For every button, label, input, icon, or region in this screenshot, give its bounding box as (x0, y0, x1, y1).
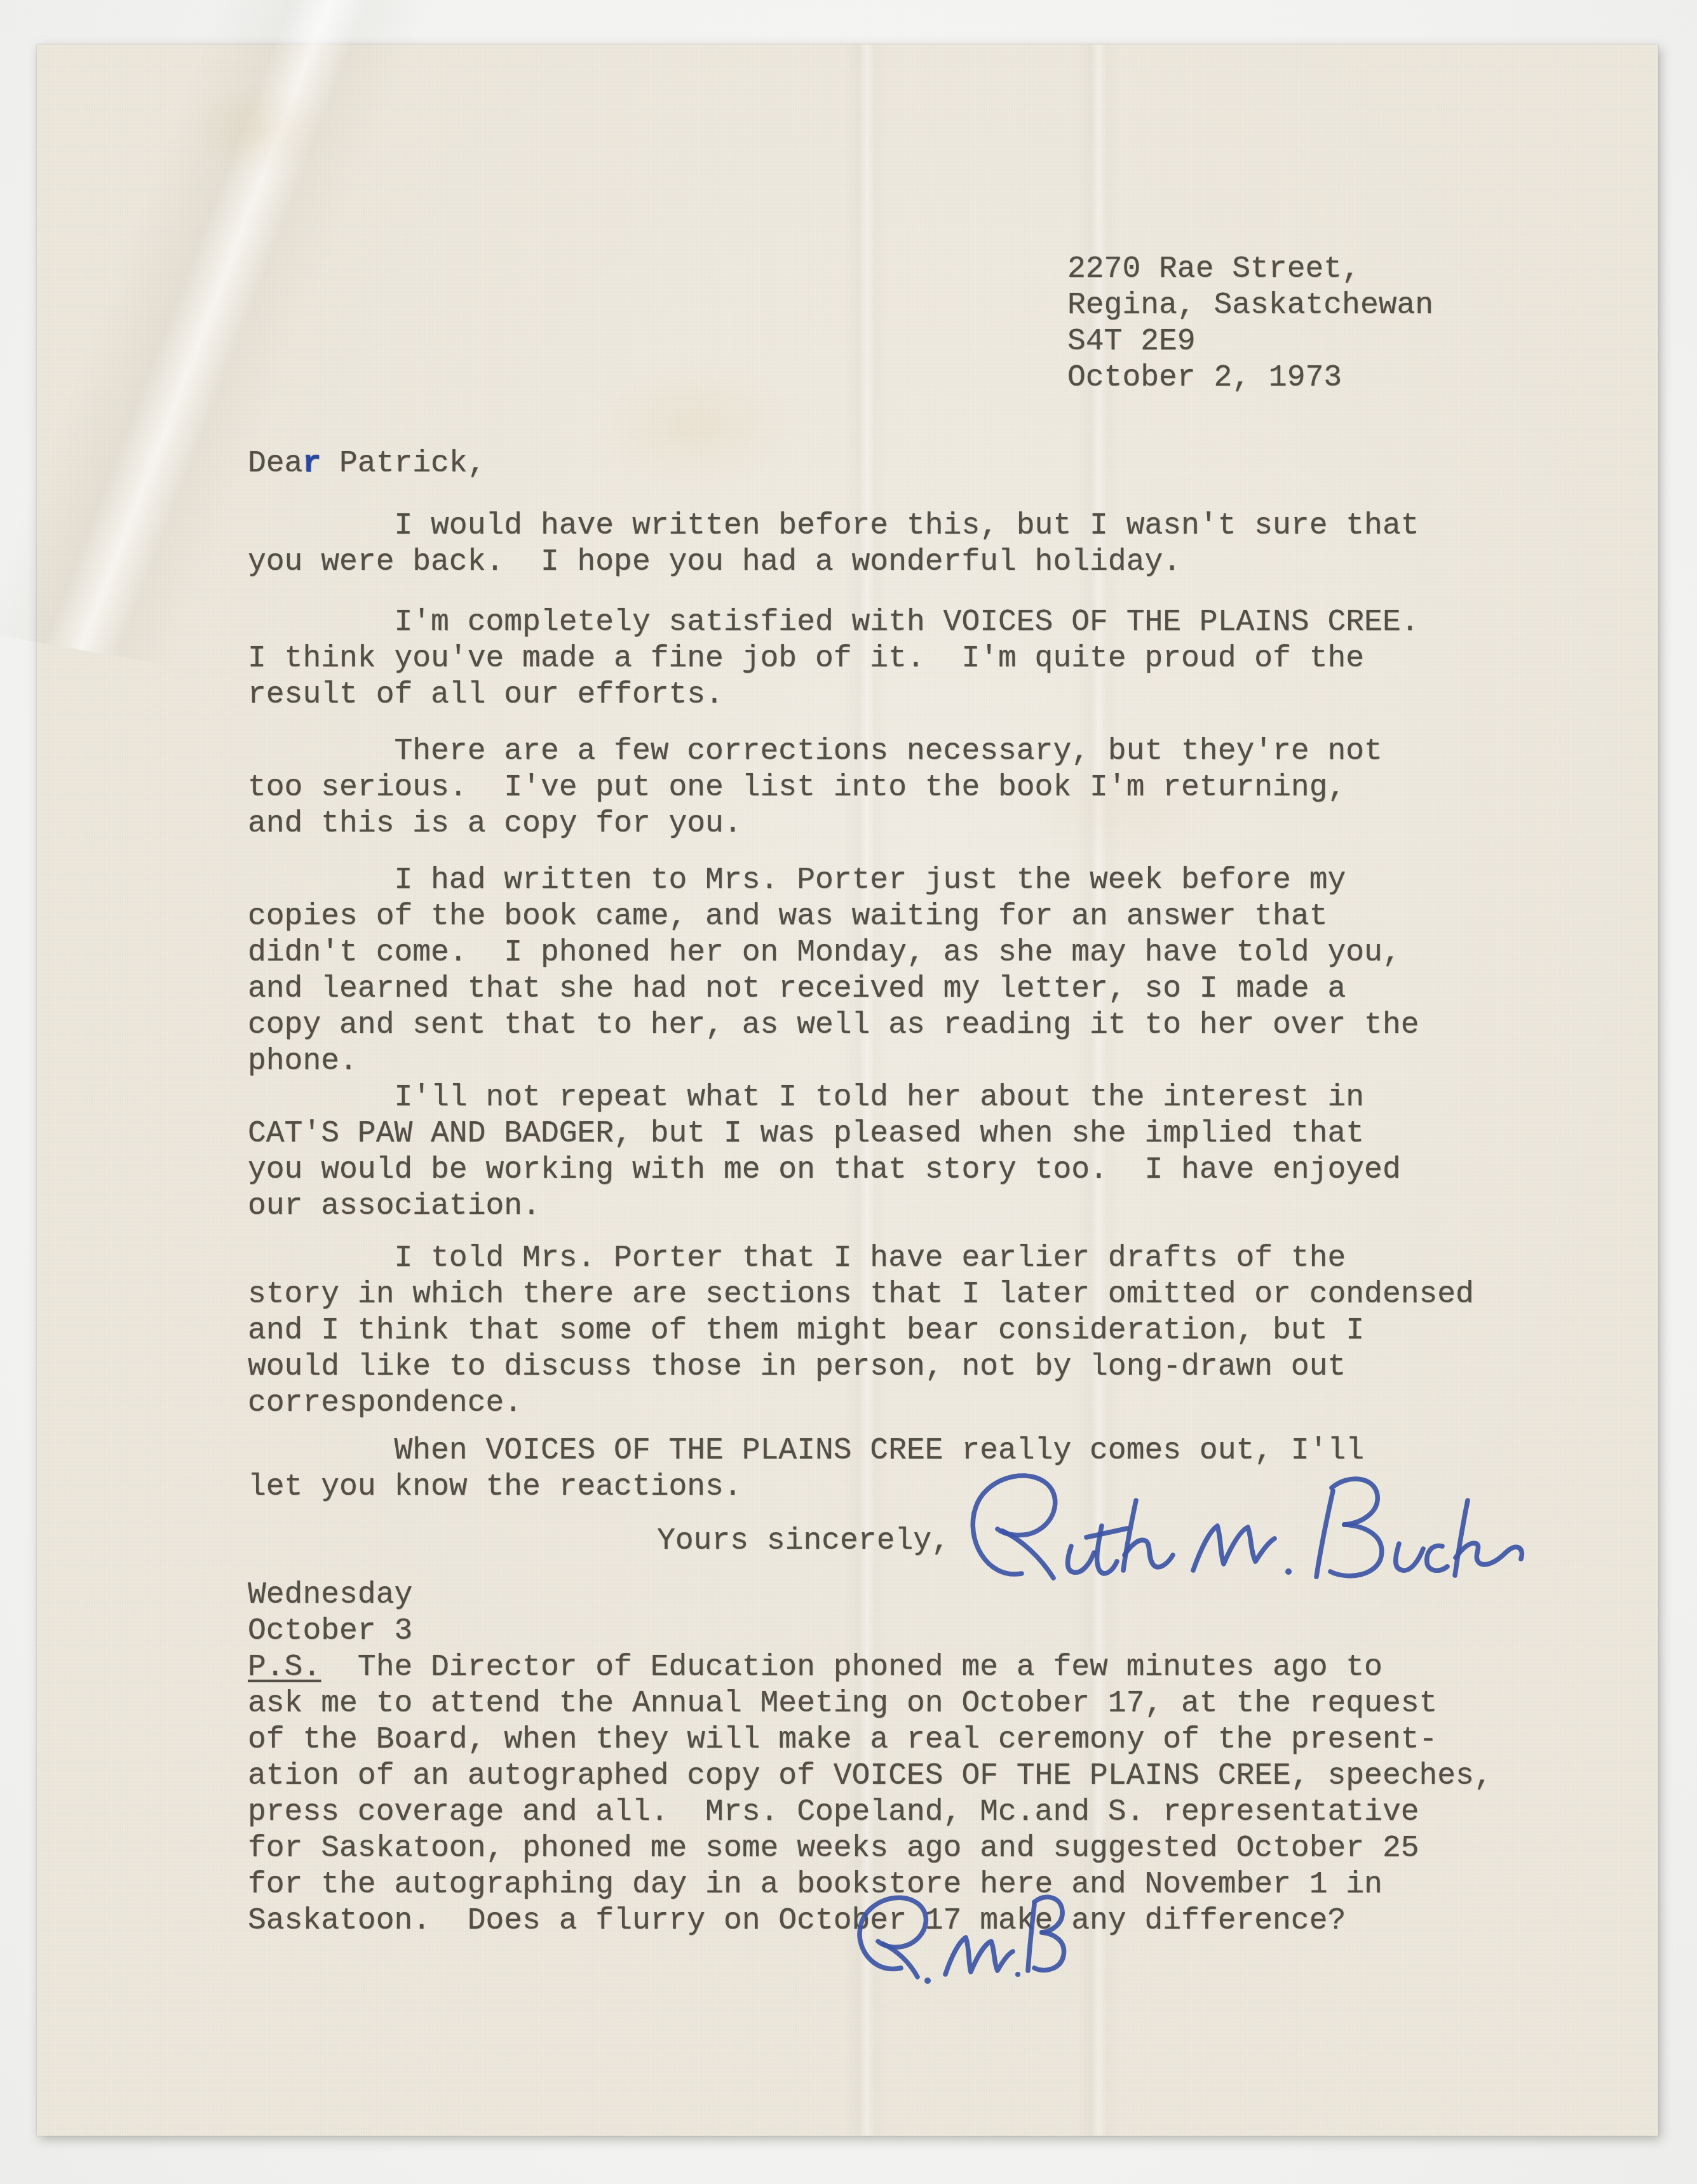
scanned-letter-background: { "letter": { "sender_address": "2270 Ra… (0, 0, 1697, 2184)
salutation: Dear Patrick, (248, 446, 485, 482)
letter-paragraph: I told Mrs. Porter that I have earlier d… (248, 1241, 1474, 1422)
fold-crease-top-left (0, 0, 463, 696)
closing-line: Yours sincerely, (657, 1523, 950, 1560)
salutation-suffix: Patrick, (321, 447, 485, 481)
paper-stain (189, 83, 329, 178)
initials-r-m-b (825, 1885, 1092, 1997)
signature-ruth-m-buck (926, 1462, 1530, 1599)
letter-page: 2270 Rae Street, Regina, Saskatchewan S4… (37, 44, 1658, 2136)
postscript-label: P.S. (248, 1650, 321, 1685)
letter-paragraph: There are a few corrections necessary, b… (248, 734, 1383, 842)
postscript-dateline: Wednesday October 3 (248, 1577, 412, 1650)
letter-paragraph: I'm completely satisfied with VOICES OF … (248, 605, 1419, 713)
letter-paragraph: I had written to Mrs. Porter just the we… (248, 863, 1419, 1080)
letter-paragraph: I would have written before this, but I … (248, 508, 1419, 581)
salutation-prefix: Dea (248, 447, 302, 481)
sender-address-block: 2270 Rae Street, Regina, Saskatchewan S4… (1067, 252, 1433, 396)
paper-stain (596, 362, 799, 489)
letter-paragraph: I'll not repeat what I told her about th… (248, 1080, 1401, 1225)
pen-corrected-letter: r (302, 447, 321, 481)
